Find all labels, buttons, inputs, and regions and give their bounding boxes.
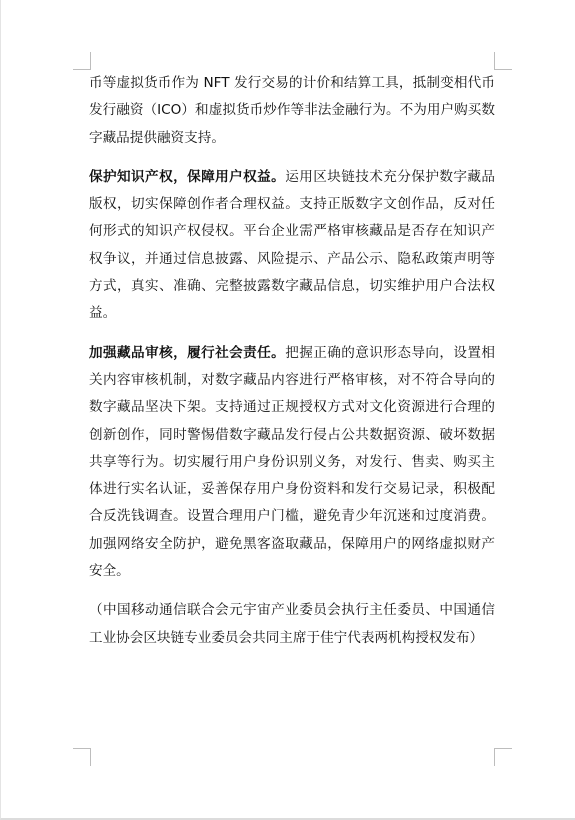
paragraph-text: 把握正确的意识形态导向，设置相关内容审核机制，对数字藏品内容进行严格审核，对不符… <box>89 345 495 579</box>
paragraph-heading: 保护知识产权，保障用户权益。 <box>89 169 285 185</box>
document-page: 币等虚拟货币作为 NFT 发行交易的计价和结算工具，抵制变相代币发行融资（ICO… <box>0 0 575 820</box>
paragraph-financing: 币等虚拟货币作为 NFT 发行交易的计价和结算工具，抵制变相代币发行融资（ICO… <box>89 70 495 152</box>
margin-corner-mark-bottom-left <box>73 748 91 766</box>
margin-corner-mark-top-right <box>494 52 512 70</box>
document-body[interactable]: 币等虚拟货币作为 NFT 发行交易的计价和结算工具，抵制变相代币发行融资（ICO… <box>89 70 495 652</box>
paragraph-text: 运用区块链技术充分保护数字藏品版权，切实保障创作者合理权益。支持正版数字文创作品… <box>89 169 495 321</box>
paragraph-content-review: 加强藏品审核，履行社会责任。把握正确的意识形态导向，设置相关内容审核机制，对数字… <box>89 340 495 586</box>
paragraph-heading: 加强藏品审核，履行社会责任。 <box>89 345 285 361</box>
margin-corner-mark-bottom-right <box>494 748 512 766</box>
paragraph-ip-protection: 保护知识产权，保障用户权益。运用区块链技术充分保护数字藏品版权，切实保障创作者合… <box>89 164 495 328</box>
margin-corner-mark-top-left <box>73 52 91 70</box>
paragraph-text: 币等虚拟货币作为 NFT 发行交易的计价和结算工具，抵制变相代币发行融资（ICO… <box>89 75 495 146</box>
source-note: （中国移动通信联合会元宇宙产业委员会执行主任委员、中国通信工业协会区块链专业委员… <box>89 597 495 652</box>
